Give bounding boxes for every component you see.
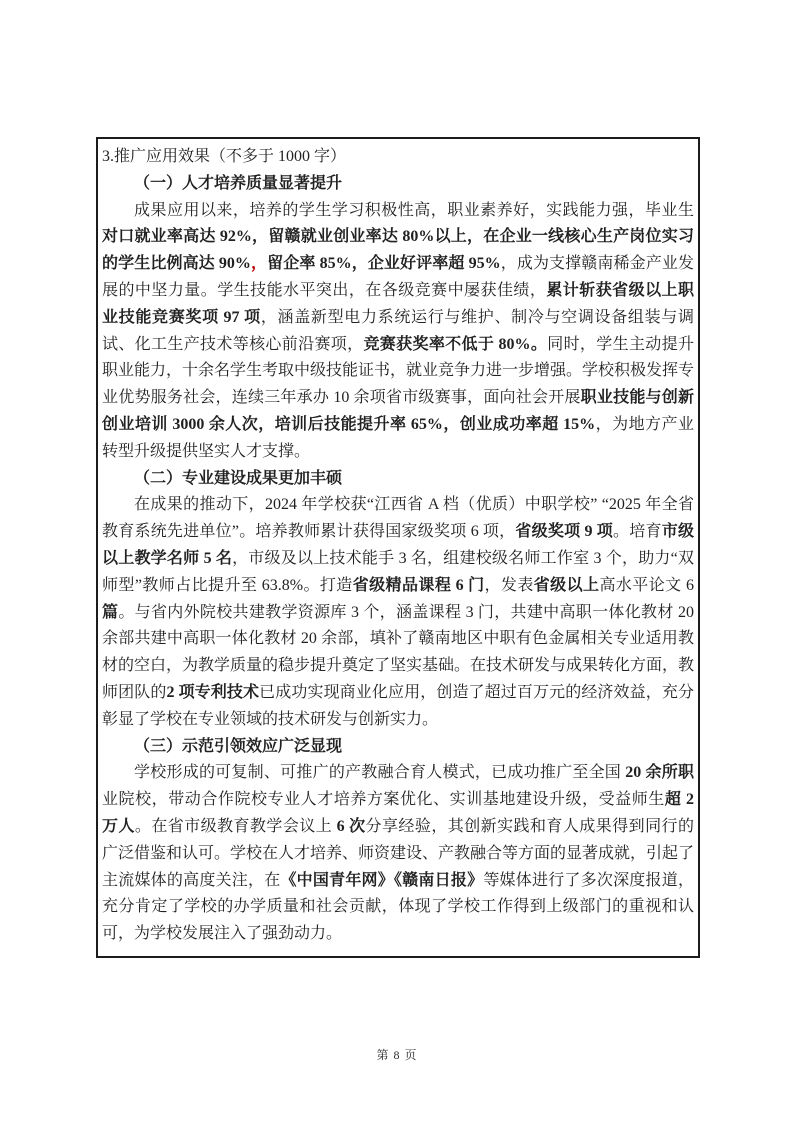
page-footer: 第 8 页 (0, 1046, 794, 1063)
paragraph: 在成果的推动下，2024 年学校获“江西省 A 档（优质）中职学校” “2025… (102, 492, 694, 733)
section-heading: （二）专业建设成果更加丰硕 (102, 466, 694, 493)
text-run: 业院校，带动合作院校专业人才培养方案优化、实训基地建设升级，受益师生 (102, 791, 665, 808)
text-run: 。培育 (613, 523, 662, 540)
document-page: 3.推广应用效果（不多于 1000 字） （一）人才培养质量显著提升成果应用以来… (0, 0, 794, 1123)
text-run: 《中国青年网》《赣南日报》 (280, 872, 483, 889)
text-run: 留企率 85%，企业好评率超 95% (267, 255, 500, 272)
text-run: ， (251, 255, 267, 272)
text-run: 学校形成的可复制、可推广的产教融合育人模式，已成功推广至全国 (134, 764, 625, 781)
text-run: ，发表 (485, 577, 534, 594)
content-cell: 3.推广应用效果（不多于 1000 字） （一）人才培养质量显著提升成果应用以来… (96, 137, 700, 958)
paragraph: 成果应用以来，培养的学生学习积极性高，职业素养好，实践能力强，毕业生对口就业率高… (102, 198, 694, 466)
text-run: 竞赛获奖率不低于 80%。 (363, 336, 547, 353)
text-run: 省级以上 (534, 577, 600, 594)
text-run: 成果应用以来，培养的学生学习积极性高，职业素养好，实践能力强，毕业生 (134, 202, 694, 219)
text-run: 。在省市级教育教学会议上 (135, 818, 337, 835)
section-title: 3.推广应用效果（不多于 1000 字） (102, 144, 694, 171)
paragraph: 学校形成的可复制、可推广的产教融合育人模式，已成功推广至全国 20 余所职业院校… (102, 760, 694, 948)
text-run: 6 次 (337, 818, 366, 835)
text-run: 20 余所职 (625, 764, 694, 781)
text-run: 篇 (102, 604, 118, 621)
sections-container: （一）人才培养质量显著提升成果应用以来，培养的学生学习积极性高，职业素养好，实践… (102, 171, 694, 948)
section-heading: （一）人才培养质量显著提升 (102, 171, 694, 198)
section-heading: （三）示范引领效应广泛显现 (102, 734, 694, 761)
text-run: 2 项专利技术 (166, 684, 259, 701)
text-run: 省级精品课程 6 门 (353, 577, 485, 594)
text-run: 省级奖项 9 项 (515, 523, 613, 540)
text-run: 高水平论文 6 (599, 577, 694, 594)
